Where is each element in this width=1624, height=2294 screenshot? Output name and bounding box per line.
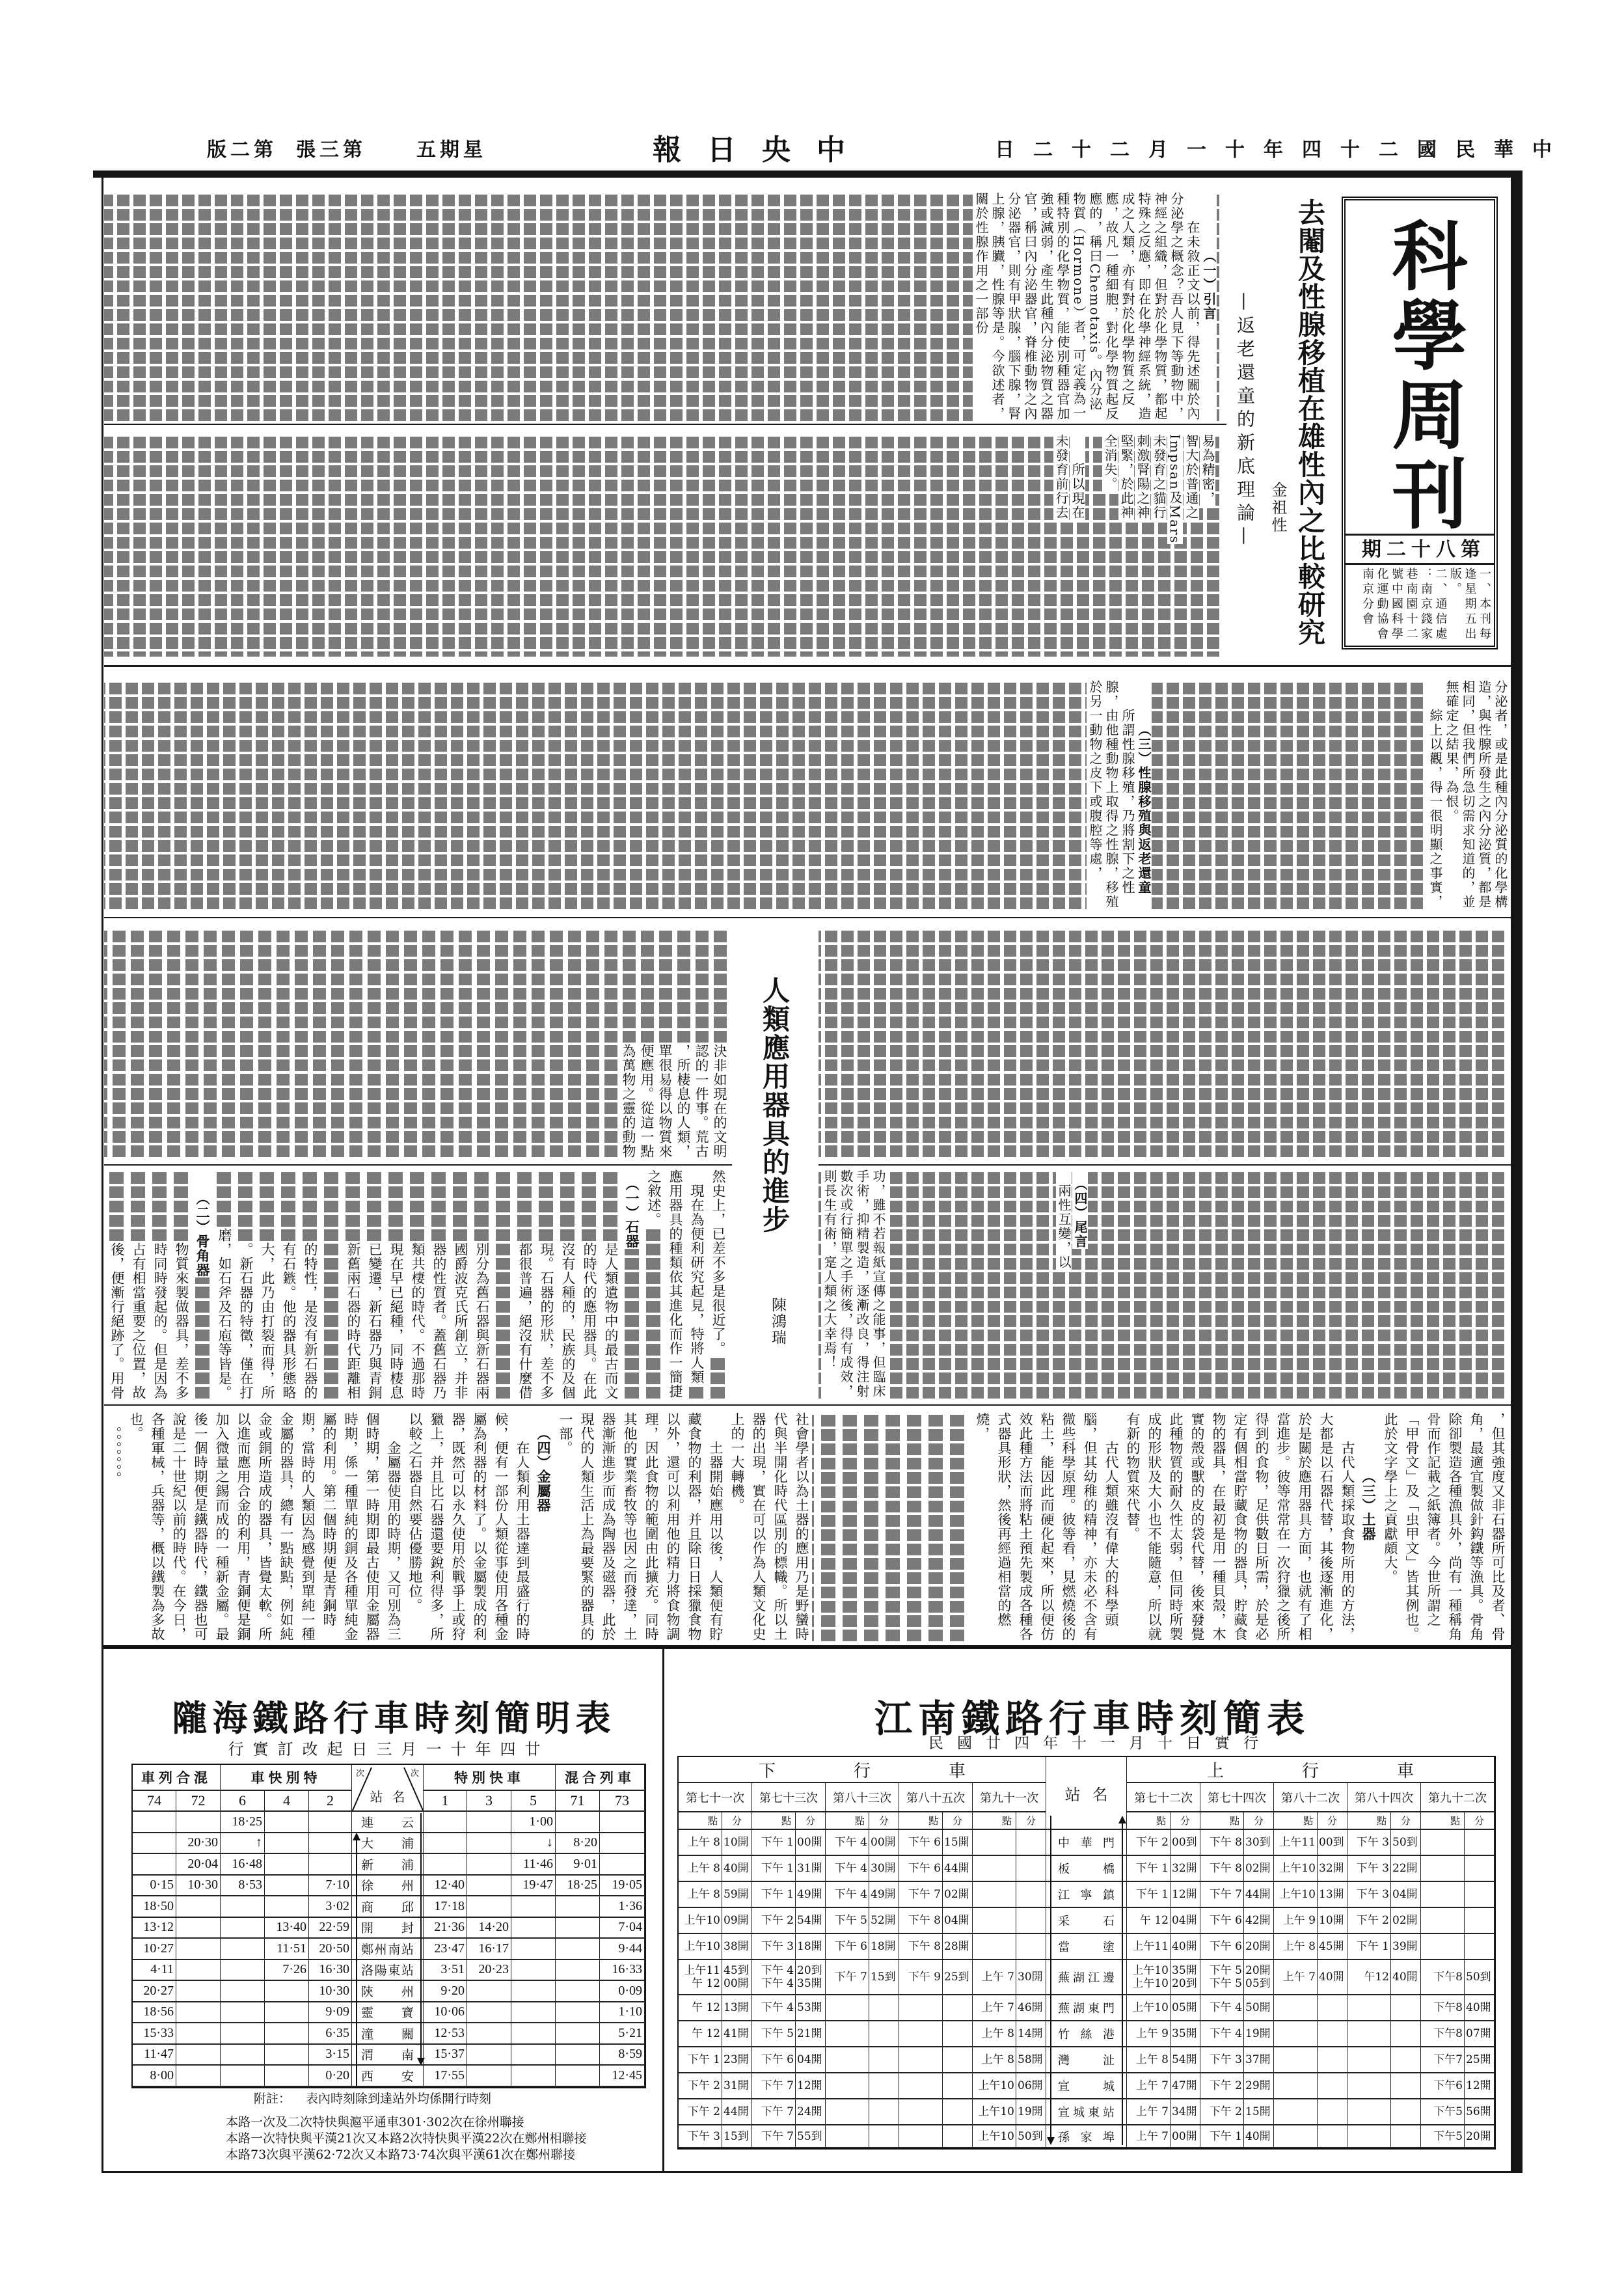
time-hour <box>1347 2047 1391 2073</box>
paragraph: 分泌者，或是此種內分泌質的化學構造，與性腺所發生之內分泌質，都是相同，但我們所急… <box>1443 680 1508 910</box>
arrow-down-icon <box>417 2058 425 2066</box>
time-hour <box>1421 1856 1465 1882</box>
text-column: 認的一件事。荒古 <box>692 928 710 1158</box>
time-minute: 02開 <box>1391 1908 1421 1934</box>
time-cell <box>221 1918 265 1939</box>
time-minute: 04開 <box>943 1908 973 1934</box>
time-cell <box>176 1960 221 1982</box>
text-column: 智大於普通之 <box>1183 434 1199 657</box>
minute-label: 分 <box>1016 1812 1046 1830</box>
time-minute: 10開 <box>722 1830 752 1856</box>
station-name: 江寧鎮 <box>1058 1886 1115 1903</box>
column-text: 刺激腎陽之神 <box>1135 434 1150 520</box>
hour-label: 點 <box>826 1812 869 1830</box>
time-hour: 下午 3 <box>1200 2047 1244 2073</box>
time-cell <box>511 2023 556 2045</box>
time-hour: 下午 1 <box>752 1882 796 1908</box>
station-cell: 孫家埠 <box>1046 2125 1127 2148</box>
text-column: 國爵波克氏所創立，并非 <box>450 1169 471 1400</box>
time-cell <box>556 2045 600 2066</box>
column-text: 現。石器的形狀，差不多 <box>539 1242 554 1400</box>
time-cell: 18·25 <box>221 1812 265 1833</box>
text-column: 單很易得以物質來 <box>656 928 674 1158</box>
time-minute: 15到 <box>869 1960 899 1995</box>
station-name: 新浦 <box>361 1855 414 1873</box>
column-text: 兩性互變，以 <box>1056 1169 1072 1270</box>
article2-band5: 然史上，已差不多是很近了。 現在為便利研究起見，特將人類應用器具的種類依其進化而… <box>106 1169 729 1400</box>
time-cell: 12·53 <box>424 2023 467 2045</box>
time-hour: 下午 1 <box>1127 1856 1171 1882</box>
time-hour: 下午5 <box>1421 2125 1465 2148</box>
time-cell <box>221 1939 265 1960</box>
time-minute: 25到 <box>943 1960 973 1995</box>
station-cell: 渭南 <box>352 2045 424 2066</box>
station-cell: 中華門 <box>1046 1830 1127 1856</box>
time-cell <box>467 2023 511 2045</box>
column-text: 大，此乃由打裂而得，所 <box>260 1242 275 1400</box>
info-column: ：南京錢家 <box>1418 567 1433 644</box>
column-text: （一）石器 <box>624 1169 640 1249</box>
train-name: 第九十一次 <box>973 1783 1046 1812</box>
time-hour: 下午 6 <box>899 1830 943 1856</box>
time-cell: 23·47 <box>424 1939 467 1960</box>
column-text: Impsan及Mars <box>1167 434 1183 544</box>
text-column: 有石鏃。他的器具形態略 <box>278 1169 299 1400</box>
time-hour <box>1347 1995 1391 2021</box>
time-minute <box>1465 1830 1495 1856</box>
time-cell <box>556 1812 600 1833</box>
time-minute: 35開 20到 <box>1171 1960 1200 1995</box>
time-minute: 02開 <box>943 1882 973 1908</box>
text-column: 兩性互變，以 <box>1055 1169 1072 1400</box>
time-hour <box>973 1882 1016 1908</box>
station-cell: 竹絲港 <box>1046 2021 1127 2047</box>
info-column: 逢星期五出 <box>1462 567 1477 644</box>
hour-label: 點 <box>1127 1812 1171 1830</box>
time-hour: 上午 7 <box>1127 2125 1171 2148</box>
station-name: 靈寶 <box>361 2003 414 2021</box>
time-cell <box>265 1812 309 1833</box>
time-hour: 下午 1 <box>1347 1934 1391 1960</box>
article2-title: 人類應用器具的進步 <box>759 976 790 1234</box>
time-cell <box>221 2045 265 2066</box>
paragraph: 在人類利用土器達到最盛行的時候，便有一部份人類從事使用各種金屬為利器的材料了。以… <box>404 1412 533 1643</box>
time-cell: 21·36 <box>424 1918 467 1939</box>
station-name: 蕪湖江邊 <box>1058 1969 1115 1986</box>
time-cell <box>309 1812 352 1833</box>
train-name: 第八十四次 <box>1347 1783 1421 1812</box>
time-minute: 44開 <box>722 2099 752 2125</box>
time-minute: 20開 <box>1244 1934 1274 1960</box>
column-text: （四）尾言 <box>1072 1169 1088 1249</box>
time-minute: 00開 <box>1171 2125 1200 2148</box>
time-minute: 00開 <box>796 1830 826 1856</box>
time-cell: 20·30 <box>176 1833 221 1855</box>
station-cell: 陝州 <box>352 1981 424 2002</box>
paragraph: （三）土器 <box>1358 1412 1379 1643</box>
time-cell <box>176 1896 221 1918</box>
time-hour: 上午 9 <box>1127 2021 1171 2047</box>
time-hour: 下午6 <box>1421 2073 1465 2099</box>
column-text: 物質來製做器具，差不多 <box>174 1242 189 1400</box>
time-hour: 上午 7 <box>1274 1960 1318 1995</box>
time-cell: 20·04 <box>176 1854 221 1876</box>
column-text: 國爵波克氏所創立，并非 <box>453 1242 468 1400</box>
text-column: 器的性質者。蓋舊石器乃 <box>428 1169 450 1400</box>
time-cell <box>176 1981 221 2002</box>
time-cell <box>467 2002 511 2024</box>
station-cell: 潼關 <box>352 2023 424 2045</box>
time-cell: 16·48 <box>221 1854 265 1876</box>
up-trains-header: 上行車 <box>1127 1757 1495 1783</box>
station-name: 渭南 <box>361 2045 414 2063</box>
text-column: 為萬物之靈的動物 <box>619 928 638 1158</box>
time-cell: 12·40 <box>424 1876 467 1897</box>
station-name: 鄭州南站 <box>361 1940 414 1958</box>
text-column: 之敘述。 <box>643 1169 664 1400</box>
station-cell: 商邱 <box>352 1896 424 1918</box>
station-cell: 洛陽東站 <box>352 1960 424 1982</box>
time-hour: 下午 5 下午 5 <box>1200 1960 1244 1995</box>
time-hour <box>1274 2047 1318 2073</box>
info-column: 一、本刊每 <box>1477 567 1492 644</box>
column-text: ，所棲息的人類， <box>675 1044 691 1158</box>
column-text: 的時代的應用器具。在此 <box>582 1242 597 1400</box>
time-minute: 21開 <box>796 2021 826 2047</box>
time-hour: 上午10 <box>1274 1882 1318 1908</box>
time-hour: 上午 9 <box>1274 1908 1318 1934</box>
time-hour <box>973 1934 1016 1960</box>
time-hour: 下午 8 <box>899 1908 943 1934</box>
time-hour <box>1274 1995 1318 2021</box>
time-minute: 47開 <box>1171 2073 1200 2099</box>
article2-intro-fragments: 決非如現在的文明認的一件事。荒古，所棲息的人類，單很易得以物質來便應用。從這一點… <box>619 928 729 1158</box>
column-text: 未發育前行去 <box>1053 434 1069 520</box>
text-column: 類共棲的時代。不過那時 <box>407 1169 428 1400</box>
time-hour: 上午 8 <box>973 2021 1016 2047</box>
time-minute <box>943 2099 973 2125</box>
time-cell <box>511 1896 556 1918</box>
article1-author: 金祖性 <box>1268 482 1288 534</box>
time-hour: 上午 8 <box>973 2047 1016 2073</box>
text-column: 磨，如石斧及石庖等皆是。 <box>213 1169 235 1400</box>
time-minute: 42開 <box>1244 1908 1274 1934</box>
time-minute: 37開 <box>1244 2047 1274 2073</box>
time-minute: 19開 <box>1244 2021 1274 2047</box>
time-hour: 上午 7 <box>973 1960 1016 1995</box>
text-column: 應用器具的種類依其進化而作一簡捷 <box>664 1169 686 1400</box>
text-column: 決非如現在的文明 <box>710 928 729 1158</box>
station-cell: 西安 <box>352 2066 424 2087</box>
time-cell <box>309 1833 352 1855</box>
time-cell <box>221 2023 265 2045</box>
time-cell: 10·30 <box>176 1876 221 1897</box>
text-column: 沒有人種的，民族的及個 <box>557 1169 578 1400</box>
time-minute <box>869 2099 899 2125</box>
time-minute: 02開 <box>1244 1856 1274 1882</box>
text-column: 全消失。 <box>1102 434 1118 657</box>
time-hour: 午 12 <box>679 1995 722 2021</box>
column-text: 有石鏃。他的器具形態略 <box>281 1242 297 1400</box>
jiangnan-table-subtitle: 民國廿四年十一月十日實行 <box>679 1731 1508 1753</box>
time-minute <box>1318 2125 1347 2148</box>
time-minute <box>1465 1882 1495 1908</box>
time-hour: 下午 6 <box>1200 1934 1244 1960</box>
time-cell: 8·00 <box>133 2066 176 2087</box>
time-cell <box>176 2045 221 2066</box>
column-text: 便應用。從這一點 <box>639 1044 655 1158</box>
time-hour: 下午 2 <box>752 1908 796 1934</box>
train-number: 1 <box>424 1791 467 1812</box>
text-column: （一）石器 <box>621 1169 643 1400</box>
time-cell <box>511 1918 556 1939</box>
time-hour: 下午 8 <box>1200 1856 1244 1882</box>
time-hour: 下午 1 <box>752 1856 796 1882</box>
time-cell <box>556 1939 600 1960</box>
time-cell <box>467 2066 511 2087</box>
time-minute: 40開 <box>1465 1995 1495 2021</box>
time-minute: 45開 <box>1318 1934 1347 1960</box>
newspaper-name: 中央日報 <box>653 126 871 168</box>
minute-label: 分 <box>1391 1812 1421 1830</box>
info-column: 巷南園十二 <box>1403 567 1418 644</box>
time-cell: 8·53 <box>221 1876 265 1897</box>
page-frame-right <box>1511 171 1522 2172</box>
minute-label: 分 <box>1171 1812 1200 1830</box>
time-hour: 上午 8 <box>1274 1934 1318 1960</box>
minute-label: 分 <box>722 1812 752 1830</box>
column-rule <box>104 917 1511 918</box>
paragraph: 在未敘正文以前，得先述關於內分泌學之概念？吾人見下等動物中，神經之組織，但對於化… <box>973 192 1200 422</box>
time-minute: 46開 <box>1016 1995 1046 2021</box>
time-cell: 15·37 <box>424 2045 467 2066</box>
arrow-up-icon <box>353 1833 360 1840</box>
time-minute: 15到 <box>722 2125 752 2148</box>
train-number: 73 <box>600 1791 645 1812</box>
time-hour: 下午 8 <box>1200 1830 1244 1856</box>
time-hour <box>1347 2073 1391 2099</box>
paragraph: 所謂性腺移殖，乃將割下之性腺，由他種動物上取得之性腺，移殖於另一動物之皮下或腹腔… <box>1087 680 1135 910</box>
text-column: 時同時發起的。但是因為 <box>149 1169 170 1400</box>
time-hour <box>899 2125 943 2148</box>
time-cell <box>467 1812 511 1833</box>
time-cell <box>556 1981 600 2002</box>
text-column: 大，此乃由打裂而得，所 <box>256 1169 278 1400</box>
text-column: 所以現在 <box>1069 434 1085 657</box>
time-cell <box>265 2002 309 2024</box>
time-cell <box>467 2045 511 2066</box>
paragraph: 古代人類雖沒有偉大的科學頭腦，但其幼稚的精神，亦未必不含有微些科學原理。彼等看，… <box>971 1412 1122 1643</box>
time-cell <box>556 2002 600 2024</box>
time-cell <box>176 1939 221 1960</box>
column-masthead-title: 科學周刊 <box>1383 217 1464 534</box>
time-hour: 下午 3 <box>679 2125 722 2148</box>
time-minute: 58開 <box>1016 2047 1046 2073</box>
time-hour: 午 12 <box>679 2021 722 2047</box>
time-cell: 1·00 <box>511 1812 556 1833</box>
text-column: 便應用。從這一點 <box>638 928 656 1158</box>
time-hour: 上午 8 <box>1127 2047 1171 2073</box>
station-cell: 徐州 <box>352 1876 424 1897</box>
time-hour: 下午 2 <box>1127 1830 1171 1856</box>
paragraph: 金屬器使用的時期，又可別為三個時期，第一時期即最古使用金屬器時期，係一種單純的銅… <box>125 1412 404 1643</box>
time-cell: 18·56 <box>133 2002 176 2024</box>
column-rule <box>819 1164 1511 1166</box>
article1-section1: （一）引言 在未敘正文以前，得先述關於內分泌學之概念？吾人見下等動物中，神經之組… <box>973 192 1217 422</box>
time-hour: 上午11 <box>1274 1830 1318 1856</box>
time-minute <box>1016 1908 1046 1934</box>
time-hour <box>899 2099 943 2125</box>
text-column <box>493 1169 514 1400</box>
time-hour: 下午 9 <box>899 1960 943 1995</box>
time-minute <box>1016 1830 1046 1856</box>
time-hour <box>1274 2073 1318 2099</box>
masthead-info: 一、本刊每逢星期五出版。二、通信處：南京錢家巷南園十二號中國科學化運動協會南京分… <box>1360 567 1492 644</box>
time-minute: 28開 <box>943 1934 973 1960</box>
up-arrow-line <box>356 1840 357 2086</box>
time-minute <box>1391 2073 1421 2099</box>
train-name: 第九十二次 <box>1421 1783 1495 1812</box>
time-cell <box>265 2023 309 2045</box>
time-minute <box>943 2047 973 2073</box>
time-cell <box>467 1876 511 1897</box>
time-hour <box>826 2099 869 2125</box>
time-cell <box>265 1876 309 1897</box>
column-rule <box>104 665 1511 667</box>
time-hour <box>899 1995 943 2021</box>
time-cell: 1·10 <box>600 2002 645 2024</box>
time-cell: 20·23 <box>467 1960 511 1982</box>
column-text: 磨，如石斧及石庖等皆是。 <box>217 1228 232 1400</box>
time-hour: 下午 1 <box>752 1830 796 1856</box>
time-minute <box>1318 2099 1347 2125</box>
time-minute: 00到 <box>1318 1830 1347 1856</box>
time-cell <box>467 1981 511 2002</box>
column-text: 時同時發起的。但是因為 <box>152 1242 168 1400</box>
station-header: 次 次 站名 <box>352 1765 424 1812</box>
time-cell: 16·30 <box>309 1960 352 1982</box>
time-cell <box>511 1960 556 1982</box>
column-text: 全消失。 <box>1102 434 1118 491</box>
time-hour: 下午 3 <box>752 1934 796 1960</box>
text-column: 的時代的應用器具。在此 <box>578 1169 600 1400</box>
column-text: 堅緊，於此神 <box>1118 434 1134 520</box>
article1-section3: （三）性腺移殖與返老還童 所謂性腺移殖，乃將割下之性腺，由他種動物上取得之性腺，… <box>1087 680 1152 910</box>
time-hour: 下午 7 <box>752 2125 796 2148</box>
time-hour <box>973 1830 1016 1856</box>
time-cell <box>176 1918 221 1939</box>
time-cell <box>424 1833 467 1855</box>
time-hour: 下午 3 <box>1347 1830 1391 1856</box>
time-hour <box>1421 1934 1465 1960</box>
time-cell <box>176 2002 221 2024</box>
minute-label: 分 <box>796 1812 826 1830</box>
time-cell: 16·17 <box>467 1939 511 1960</box>
arrow-down-icon <box>1047 2137 1055 2145</box>
time-cell: 11·51 <box>265 1939 309 1960</box>
train-number: 3 <box>467 1791 511 1812</box>
time-minute: 49開 <box>796 1882 826 1908</box>
time-minute: 41開 <box>722 2021 752 2047</box>
table-divider <box>662 1649 664 2171</box>
time-minute: 18開 <box>869 1934 899 1960</box>
time-minute: 14開 <box>1016 2021 1046 2047</box>
station-name: 宣城東站 <box>1058 2103 1115 2120</box>
hour-label: 點 <box>899 1812 943 1830</box>
time-hour: 下午8 <box>1421 2021 1465 2047</box>
station-cell: 鄭州南站 <box>352 1939 424 1960</box>
text-column: 現在為便利研究起見，特將人類 <box>686 1169 707 1400</box>
page-frame-left <box>101 177 103 2172</box>
time-minute: 49開 <box>869 1882 899 1908</box>
note-line: 本路一次及二次特快與滬平通車301·302次在徐州聯接 <box>226 2112 524 2130</box>
up-arrow-line <box>1122 1823 1123 2145</box>
paragraph: （四）金屬器 <box>533 1412 554 1643</box>
time-cell: 0·20 <box>309 2066 352 2087</box>
column-text: 所以現在 <box>1070 434 1085 520</box>
station-name: 竹絲港 <box>1058 2025 1115 2042</box>
station-cell: 新浦 <box>352 1854 424 1876</box>
time-hour <box>973 1856 1016 1882</box>
time-cell: 6·35 <box>309 2023 352 2045</box>
column-text: 決非如現在的文明 <box>712 1044 727 1158</box>
time-cell: 16·33 <box>600 1960 645 1982</box>
time-minute: 04開 <box>1171 1908 1200 1934</box>
train-number: 4 <box>265 1791 309 1812</box>
time-hour <box>826 1995 869 2021</box>
article2-band6-right: ，但其強度又非石器所可比及者、骨角，最適宜製做針鈎鐵等漁具。骨角除卻製造各種漁具… <box>971 1412 1508 1643</box>
time-cell: 10·27 <box>133 1939 176 1960</box>
time-hour: 下午 4 <box>826 1856 869 1882</box>
text-column: 易為精密， <box>1199 434 1215 657</box>
longhai-table-title: 隴海鐵路行車時刻簡明表 <box>133 1691 650 1741</box>
text-column: 新舊兩石器的時代距離相 <box>342 1169 364 1400</box>
time-minute: 13開 <box>1318 1882 1347 1908</box>
hour-label: 點 <box>752 1812 796 1830</box>
time-cell: 13·40 <box>265 1918 309 1939</box>
station-cell: 江寧鎮 <box>1046 1882 1127 1908</box>
station-name: 洛陽東站 <box>361 1961 414 1978</box>
time-hour <box>899 2047 943 2073</box>
time-cell: 1·36 <box>600 1896 645 1918</box>
text-column: 都很普遍，絕沒有什麼借 <box>514 1169 535 1400</box>
train-number: 72 <box>176 1791 221 1812</box>
time-cell: 9·01 <box>556 1854 600 1876</box>
time-hour <box>1421 1830 1465 1856</box>
time-hour: 上午10 <box>679 1908 722 1934</box>
time-hour <box>1347 2099 1391 2125</box>
article1-subtitle: —返老還童的新底理論— <box>1234 292 1256 550</box>
time-hour: 下午 7 <box>899 1882 943 1908</box>
time-minute: 55到 <box>796 2125 826 2148</box>
time-cell: ↓ <box>511 1833 556 1855</box>
time-minute: 23開 <box>722 2047 752 2073</box>
time-cell: 14·20 <box>467 1918 511 1939</box>
column-text: 後，便漸行絕跡了。用骨 <box>109 1242 125 1400</box>
time-minute: 44開 <box>943 1856 973 1882</box>
train-number: 2 <box>309 1791 352 1812</box>
time-cell: 7·10 <box>309 1876 352 1897</box>
station-cell: 板橋 <box>1046 1856 1127 1882</box>
text-column: Impsan及Mars <box>1167 434 1183 657</box>
station-cell: 采石 <box>1046 1908 1127 1934</box>
time-hour <box>1421 1908 1465 1934</box>
station-cell: 當塗 <box>1046 1934 1127 1960</box>
train-number: 74 <box>133 1791 176 1812</box>
train-name: 第七十四次 <box>1200 1783 1274 1812</box>
group-header-mixed: 混合列車 <box>556 1765 645 1791</box>
arrow-up-icon <box>1118 1816 1126 1823</box>
